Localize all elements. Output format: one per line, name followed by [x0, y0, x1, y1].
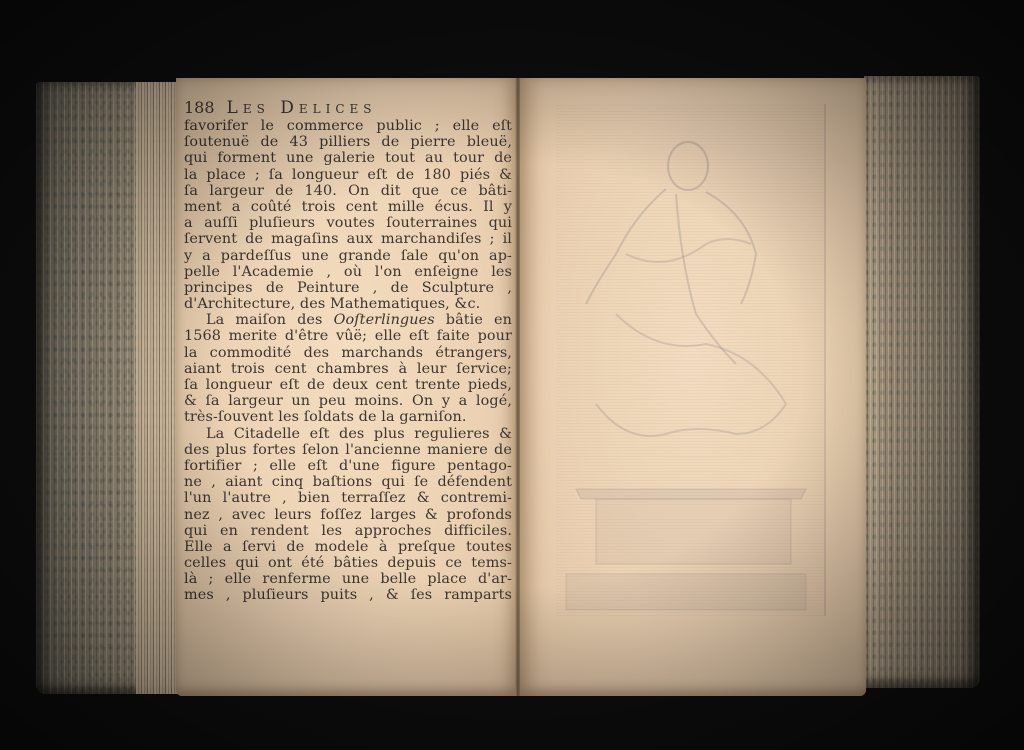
text-line: ſa longueur eſt de deux cent trente pied…: [184, 377, 512, 393]
text-line: ſoutenuë de 43 pilliers de pierre bleuë,: [184, 134, 512, 150]
text-line: des plus fortes ſelon l'ancienne maniere…: [184, 442, 512, 458]
text-line: y a pardeſſus une grande ſale qu'on ap-: [184, 248, 512, 264]
right-page: [520, 78, 866, 696]
engraving-figure-icon: [556, 104, 824, 616]
text-line: ſervent de magaſins aux marchandiſes ; i…: [184, 231, 512, 247]
text-line: la place ; ſa longueur eſt de 180 piés &: [184, 167, 512, 183]
text-line: qui forment une galerie tout au tour de: [184, 150, 512, 166]
text-line: ſa largeur de 140. On dit que ce bâti-: [184, 183, 512, 199]
text-line: la commodité des marchands étrangers,: [184, 345, 512, 361]
text-segment: La maiſon des: [206, 312, 334, 328]
text-line: Elle a ſervi de modele à preſque toutes: [184, 539, 512, 555]
text-line: favorifer le commerce public ; elle eſt: [184, 118, 512, 134]
text-line: d'Architecture, des Mathematiques, &c.: [184, 296, 512, 312]
text-line: & ſa largeur un peu moins. On y a logé,: [184, 393, 512, 409]
text-line: pelle l'Academie , où l'on enſeigne les: [184, 264, 512, 280]
text-line: a auſſi pluſieurs voutes ſouterraines qu…: [184, 215, 512, 231]
text-line: mes , pluſieurs puits , & ſes ramparts: [184, 587, 512, 603]
italic-term: Ooſterlingues: [334, 312, 435, 328]
left-page-text: 188 Les Delices favorifer le commerce pu…: [184, 100, 512, 604]
page-number: 188: [184, 100, 215, 116]
running-head: 188 Les Delices: [184, 100, 512, 118]
paragraph-start-line: La Citadelle eſt des plus regulieres &: [184, 426, 512, 442]
right-page-block-edge: [864, 76, 980, 688]
engraving-bleed-through: [556, 104, 826, 616]
left-page-block-edge: [36, 82, 178, 694]
running-title: Les Delices: [227, 100, 377, 116]
text-line: fortifier ; elle eſt d'une figure pentag…: [184, 458, 512, 474]
left-page-fan-edges: [136, 82, 178, 694]
text-line: principes de Peinture , de Sculpture ,: [184, 280, 512, 296]
text-line: 1568 merite d'être vûë; elle eſt faite p…: [184, 328, 512, 344]
text-line: là ; elle renferme une belle place d'ar-: [184, 571, 512, 587]
text-line: l'un l'autre , bien terraſſez & contremi…: [184, 490, 512, 506]
text-line: qui en rendent les approches difficiles.: [184, 523, 512, 539]
left-page: 188 Les Delices favorifer le commerce pu…: [176, 78, 518, 696]
paragraph-start-line: La maiſon des Ooſterlingues bâtie en: [184, 312, 512, 328]
text-line: celles qui ont été bâties depuis ce tems…: [184, 555, 512, 571]
text-line: nez , avec leurs foſſez larges & profond…: [184, 507, 512, 523]
text-line: aiant trois cent chambres à leur ſervice…: [184, 361, 512, 377]
text-segment: bâtie en: [435, 312, 512, 328]
text-line: très-ſouvent les ſoldats de la garniſon.: [184, 409, 512, 425]
text-line: ne , aiant cinq baſtions qui ſe défenden…: [184, 474, 512, 490]
text-line: ment a coûté trois cent mille écus. Il y: [184, 199, 512, 215]
